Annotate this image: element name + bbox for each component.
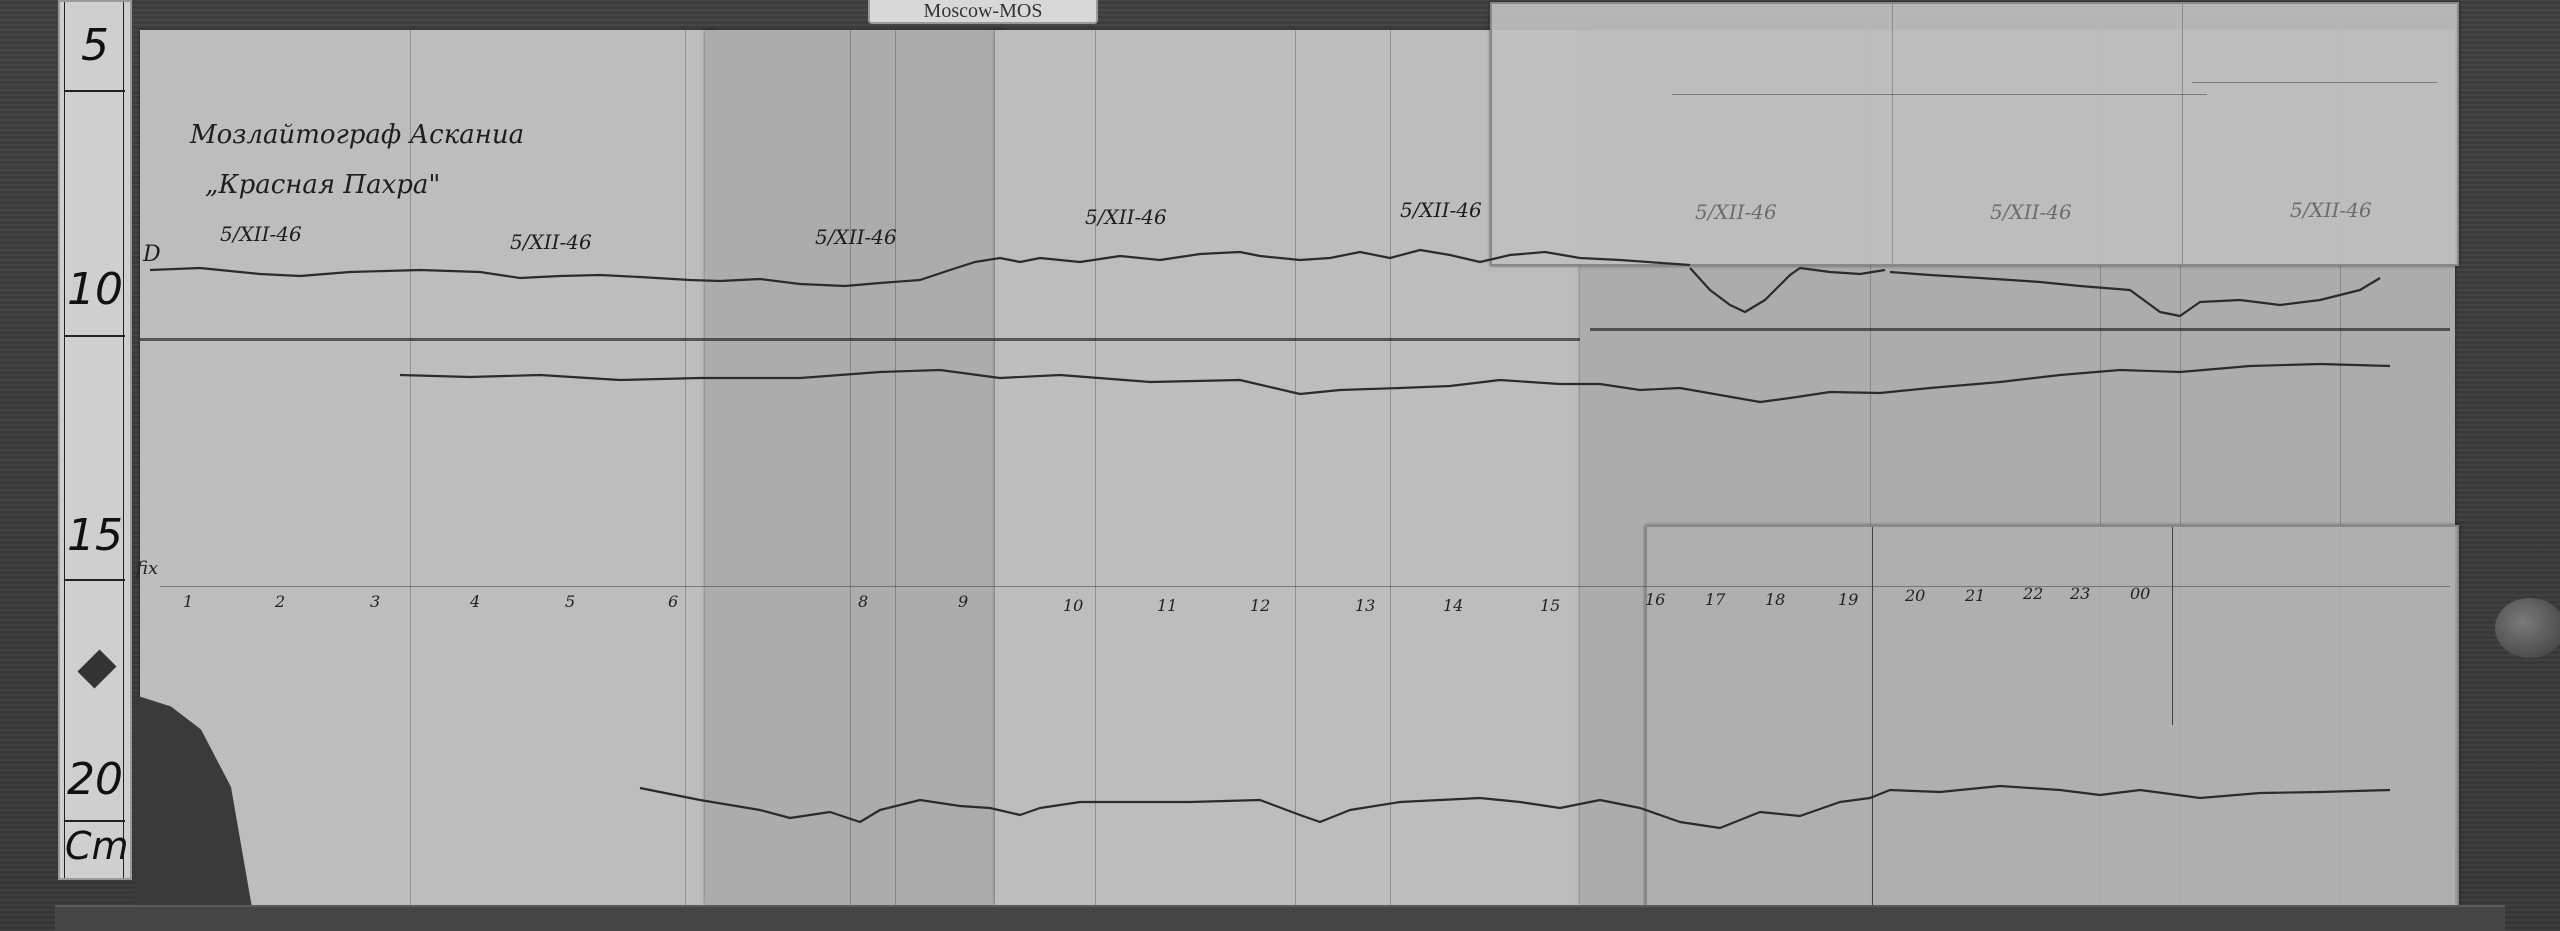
hour-tick: 14 xyxy=(1443,596,1463,615)
hour-tick: 3 xyxy=(370,592,380,611)
date-label: 5/XII-46 xyxy=(2290,198,2372,222)
date-label: 5/XII-46 xyxy=(1085,205,1167,229)
hour-tick: 9 xyxy=(958,592,968,611)
hour-tick: 8 xyxy=(858,592,868,611)
date-label: 5/XII-46 xyxy=(1990,200,2072,224)
date-label: 5/XII-46 xyxy=(1695,200,1777,224)
hour-tick: 17 xyxy=(1705,590,1725,609)
hour-tick: 5 xyxy=(565,592,575,611)
scale-mark-d: D xyxy=(143,242,161,267)
hour-tick: 18 xyxy=(1765,590,1785,609)
hour-tick: 12 xyxy=(1250,596,1270,615)
hour-tick: 19 xyxy=(1838,590,1858,609)
hour-tick: 13 xyxy=(1355,596,1375,615)
display-base xyxy=(55,905,2505,931)
date-label: 5/XII-46 xyxy=(510,230,592,254)
date-label: 5/XII-46 xyxy=(220,222,302,246)
hour-tick: 22 xyxy=(2023,584,2043,603)
record-title-line1: Мозлайтограф Асканиа xyxy=(190,120,524,150)
hour-tick: 11 xyxy=(1157,596,1177,615)
hour-tick: 16 xyxy=(1645,590,1665,609)
date-label: 5/XII-46 xyxy=(1400,198,1482,222)
hour-tick: 4 xyxy=(470,592,480,611)
scale-mark-fix: fix xyxy=(136,558,158,579)
hour-tick: 15 xyxy=(1540,596,1560,615)
hour-tick: 2 xyxy=(275,592,285,611)
hour-tick: 23 xyxy=(2070,584,2090,603)
date-label: 5/XII-46 xyxy=(815,225,897,249)
hour-tick: 21 xyxy=(1965,586,1985,605)
hour-tick: 6 xyxy=(668,592,678,611)
hour-tick: 10 xyxy=(1063,596,1083,615)
record-title-line2: „Красная Пахра" xyxy=(205,170,440,200)
hour-tick: 00 xyxy=(2130,584,2150,603)
hour-tick: 1 xyxy=(183,592,193,611)
hour-tick: 20 xyxy=(1905,586,1925,605)
